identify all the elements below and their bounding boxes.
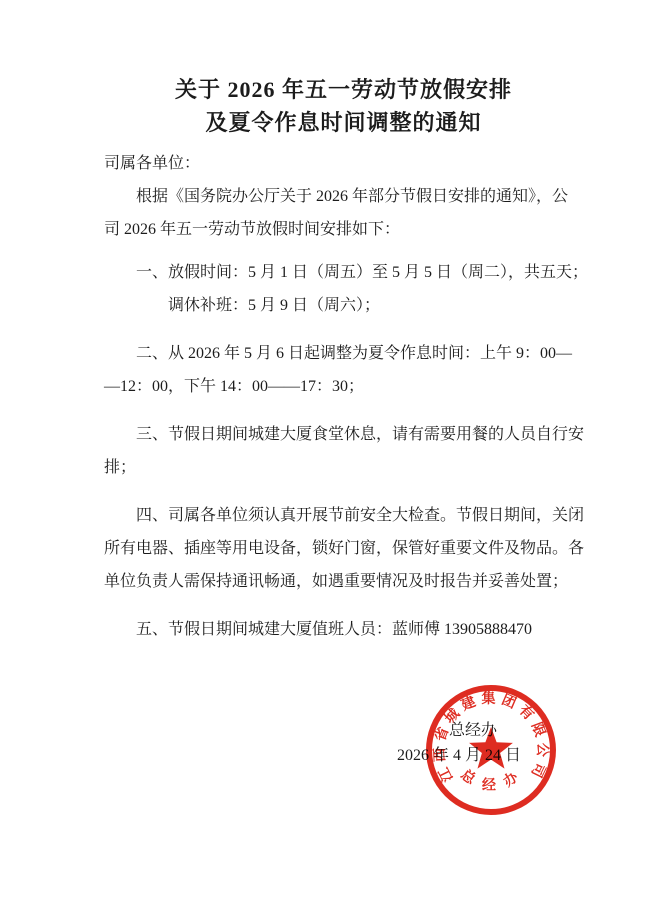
item-line: 二、从 2026 年 5 月 6 日起调整为夏令作息时间：上午 9：00—	[104, 337, 583, 370]
item-3-canteen-closed: 三、节假日期间城建大厦食堂休息，请有需要用餐的人员自行安 排；	[104, 418, 583, 484]
official-seal: 江西省城建集团有限公司 总 经 办	[413, 672, 569, 828]
item-4-safety-check: 四、司属各单位须认真开展节前安全大检查。节假日期间，关闭 所有电器、插座等用电设…	[104, 499, 583, 598]
item-line: 三、节假日期间城建大厦食堂休息，请有需要用餐的人员自行安	[104, 418, 583, 451]
item-line: 调休补班：5 月 9 日（周六）；	[104, 289, 583, 322]
intro-line: 司 2026 年五一劳动节放假时间安排如下：	[104, 213, 583, 246]
item-line: 一、放假时间：5 月 1 日（周五）至 5 月 5 日（周二），共五天；	[104, 256, 583, 289]
item-5-duty-staff: 五、节假日期间城建大厦值班人员：蓝师傅 13905888470	[104, 613, 583, 646]
notice-document: 关于 2026 年五一劳动节放假安排 及夏令作息时间调整的通知 司属各单位： 根…	[0, 0, 671, 922]
item-2-summer-hours: 二、从 2026 年 5 月 6 日起调整为夏令作息时间：上午 9：00— —1…	[104, 337, 583, 403]
seal-star-icon	[469, 727, 513, 769]
item-line: 五、节假日期间城建大厦值班人员：蓝师傅 13905888470	[104, 613, 583, 646]
item-line: 所有电器、插座等用电设备，锁好门窗，保管好重要文件及物品。各	[104, 532, 583, 565]
intro-paragraph: 根据《国务院办公厅关于 2026 年部分节假日安排的通知》，公 司 2026 年…	[104, 180, 583, 246]
item-line: —12：00，下午 14：00——17：30；	[104, 370, 583, 403]
item-line: 单位负责人需保持通讯畅通，如遇重要情况及时报告并妥善处置；	[104, 565, 583, 598]
document-title: 关于 2026 年五一劳动节放假安排 及夏令作息时间调整的通知	[104, 73, 583, 139]
seal-bottom-text: 总 经 办	[458, 766, 525, 794]
title-line-2: 及夏令作息时间调整的通知	[104, 106, 583, 139]
salutation: 司属各单位：	[104, 147, 583, 180]
svg-text:总 经 办: 总 经 办	[458, 766, 525, 794]
item-1-holiday-dates: 一、放假时间：5 月 1 日（周五）至 5 月 5 日（周二），共五天； 调休补…	[104, 256, 583, 322]
title-line-1: 关于 2026 年五一劳动节放假安排	[104, 73, 583, 106]
intro-line: 根据《国务院办公厅关于 2026 年部分节假日安排的通知》，公	[104, 180, 583, 213]
document-body: 司属各单位： 根据《国务院办公厅关于 2026 年部分节假日安排的通知》，公 司…	[104, 147, 583, 646]
item-line: 排；	[104, 451, 583, 484]
item-line: 四、司属各单位须认真开展节前安全大检查。节假日期间，关闭	[104, 499, 583, 532]
